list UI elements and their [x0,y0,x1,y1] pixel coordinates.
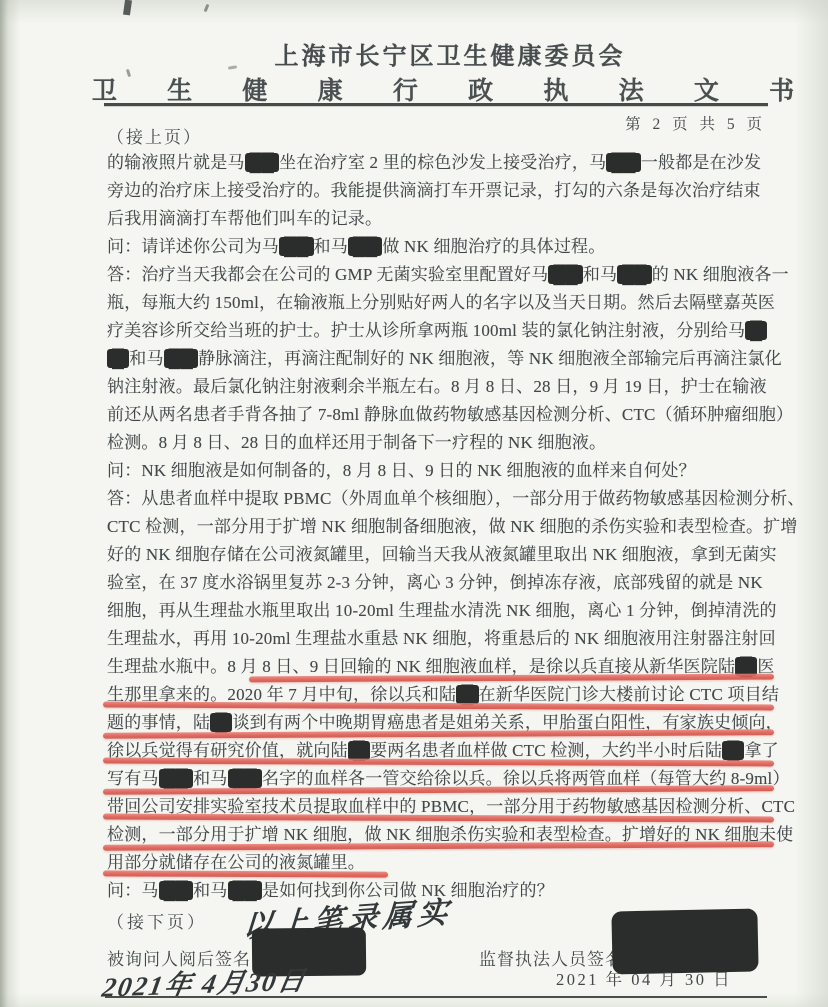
redaction-inline: █ [210,713,232,732]
scan-artifact [123,0,132,15]
continued-from-previous-page-note: （接上页） [107,123,202,148]
redaction-inline: ██ [548,265,583,284]
document-line: 验室，在 37 度水浴锅里复苏 2-3 分钟，离心 3 分钟，倒掉冻存液，底部残… [107,569,769,597]
scan-artifact [204,4,210,13]
enforcement-date: 2021 年 04 月 30 日 [556,966,732,990]
redaction-inline: █ [107,349,129,368]
header-divider-rule [104,103,768,106]
redaction-inline: ██ [348,237,383,256]
page-number-indicator: 第 2 页 共 5 页 [625,112,766,134]
redaction-inline: █ [456,685,478,704]
document-line: 答：治疗当天我都会在公司的 GMP 无菌实验室里配置好马██和马██的 NK 细… [107,261,769,289]
document-line: 瓶，每瓶大约 150ml，在输液瓶上分别贴好两人的名字以及当天日期。然后去隔壁嘉… [107,289,769,317]
redaction-inline: ██ [164,349,199,368]
document-line: 生那里拿来的。2020 年 7 月中旬，徐以兵和陆█在新华医院门诊大楼前讨论 C… [107,681,769,709]
redaction-box-officer-signature [611,908,758,974]
redaction-inline: █ [745,321,767,340]
redaction-inline: ██ [245,153,280,172]
redaction-inline: ██ [606,153,641,172]
document-line: 带回公司安排实验室技术员提取血样中的 PBMC，一部分用于药物敏感基因检测分析、… [107,793,769,821]
redaction-inline: ██ [228,769,263,788]
document-line: 问：NK 细胞液是如何制备的，8 月 8 日、9 日的 NK 细胞液的血样来自何… [107,457,769,485]
document-line: 徐以兵觉得有研究价值，就向陆█要两名患者血样做 CTC 检测，大约半小时后陆█拿… [107,737,769,765]
document-line: 生理盐水，再用 10-20ml 生理盐水重悬 NK 细胞，将重悬后的 NK 细胞… [107,625,769,653]
document-line: 用部分就储存在公司的液氮罐里。 [107,849,769,877]
redaction-inline: ██ [228,881,263,900]
document-line: 答：从患者血样中提取 PBMC（外周血单个核细胞），一部分用于做药物敏感基因检测… [107,485,769,513]
redaction-inline: ██ [159,881,194,900]
document-line: 旁边的治疗床上接受治疗的。我能提供滴滴打车开票记录，打勾的六条是每次治疗结束 [107,177,769,205]
document-line: 疗美容诊所交给当班的护士。护士从诊所拿两瓶 100ml 装的氯化钠注射液，分别给… [107,317,769,345]
document-line: 检测。8 月 8 日、28 日的血样还用于制备下一疗程的 NK 细胞液。 [107,429,769,457]
document-line: 后我用滴滴打车帮他们叫车的记录。 [107,205,769,233]
document-line: 生理盐水瓶中。8 月 8 日、9 日回输的 NK 细胞液血样，是徐以兵直接从新华… [107,653,769,681]
footer-divider-rule [105,996,767,998]
document-line: 写有马██和马██名字的血样各一管交给徐以兵。徐以兵将两管血样（每管大约 8-9… [107,765,769,793]
document-line: 的输液照片就是马██坐在治疗室 2 里的棕色沙发上接受治疗，马██一般都是在沙发 [107,149,769,177]
document-line: 钠注射液。最后氯化钠注射液剩余半瓶左右。8 月 8 日、28 日，9 月 19 … [107,373,769,401]
document-line: 检测，一部分用于扩增 NK 细胞，做 NK 细胞杀伤实验和表型检查。扩增好的 N… [107,821,769,849]
document-line: 题的事情，陆█谈到有两个中晚期胃癌患者是姐弟关系，甲胎蛋白阳性，有家族史倾向， [107,709,769,737]
document-line: CTC 检测，一部分用于扩增 NK 细胞制备细胞液，做 NK 细胞的杀伤实验和表… [107,513,769,541]
redaction-inline: ██ [159,769,194,788]
document-line: 细胞，再从生理盐水瓶里取出 10-20ml 生理盐水清洗 NK 细胞，离心 1 … [107,597,769,625]
document-body: 的输液照片就是马██坐在治疗室 2 里的棕色沙发上接受治疗，马██一般都是在沙发… [107,149,769,905]
document-line: 好的 NK 细胞存储在公司液氮罐里，回输当天我从液氮罐里取出 NK 细胞液，拿到… [107,541,769,569]
redaction-inline: ██ [617,265,652,284]
redaction-inline: ██ [279,237,314,256]
document-line: 问：请详述你公司为马██和马██做 NK 细胞治疗的具体过程。 [107,233,769,261]
document-line: 前还从两名患者手背各抽了 7-8ml 静脉血做药物敏感基因检测分析、CTC（循环… [107,401,769,429]
document-title: 卫 生 健 康 行 政 执 法 文 书 [40,71,828,107]
document-line: █和马██静脉滴注，再滴注配制好的 NK 细胞液，等 NK 细胞液全部输完后再滴… [107,345,769,373]
scanned-document-page: 上海市长宁区卫生健康委员会 卫 生 健 康 行 政 执 法 文 书 第 2 页 … [0,0,828,1007]
issuing-organization-title: 上海市长宁区卫生健康委员会 [36,36,828,71]
continued-on-next-page-note: （接下页） [107,908,207,933]
redaction-inline: █ [722,741,744,760]
redaction-inline: █ [348,741,370,760]
